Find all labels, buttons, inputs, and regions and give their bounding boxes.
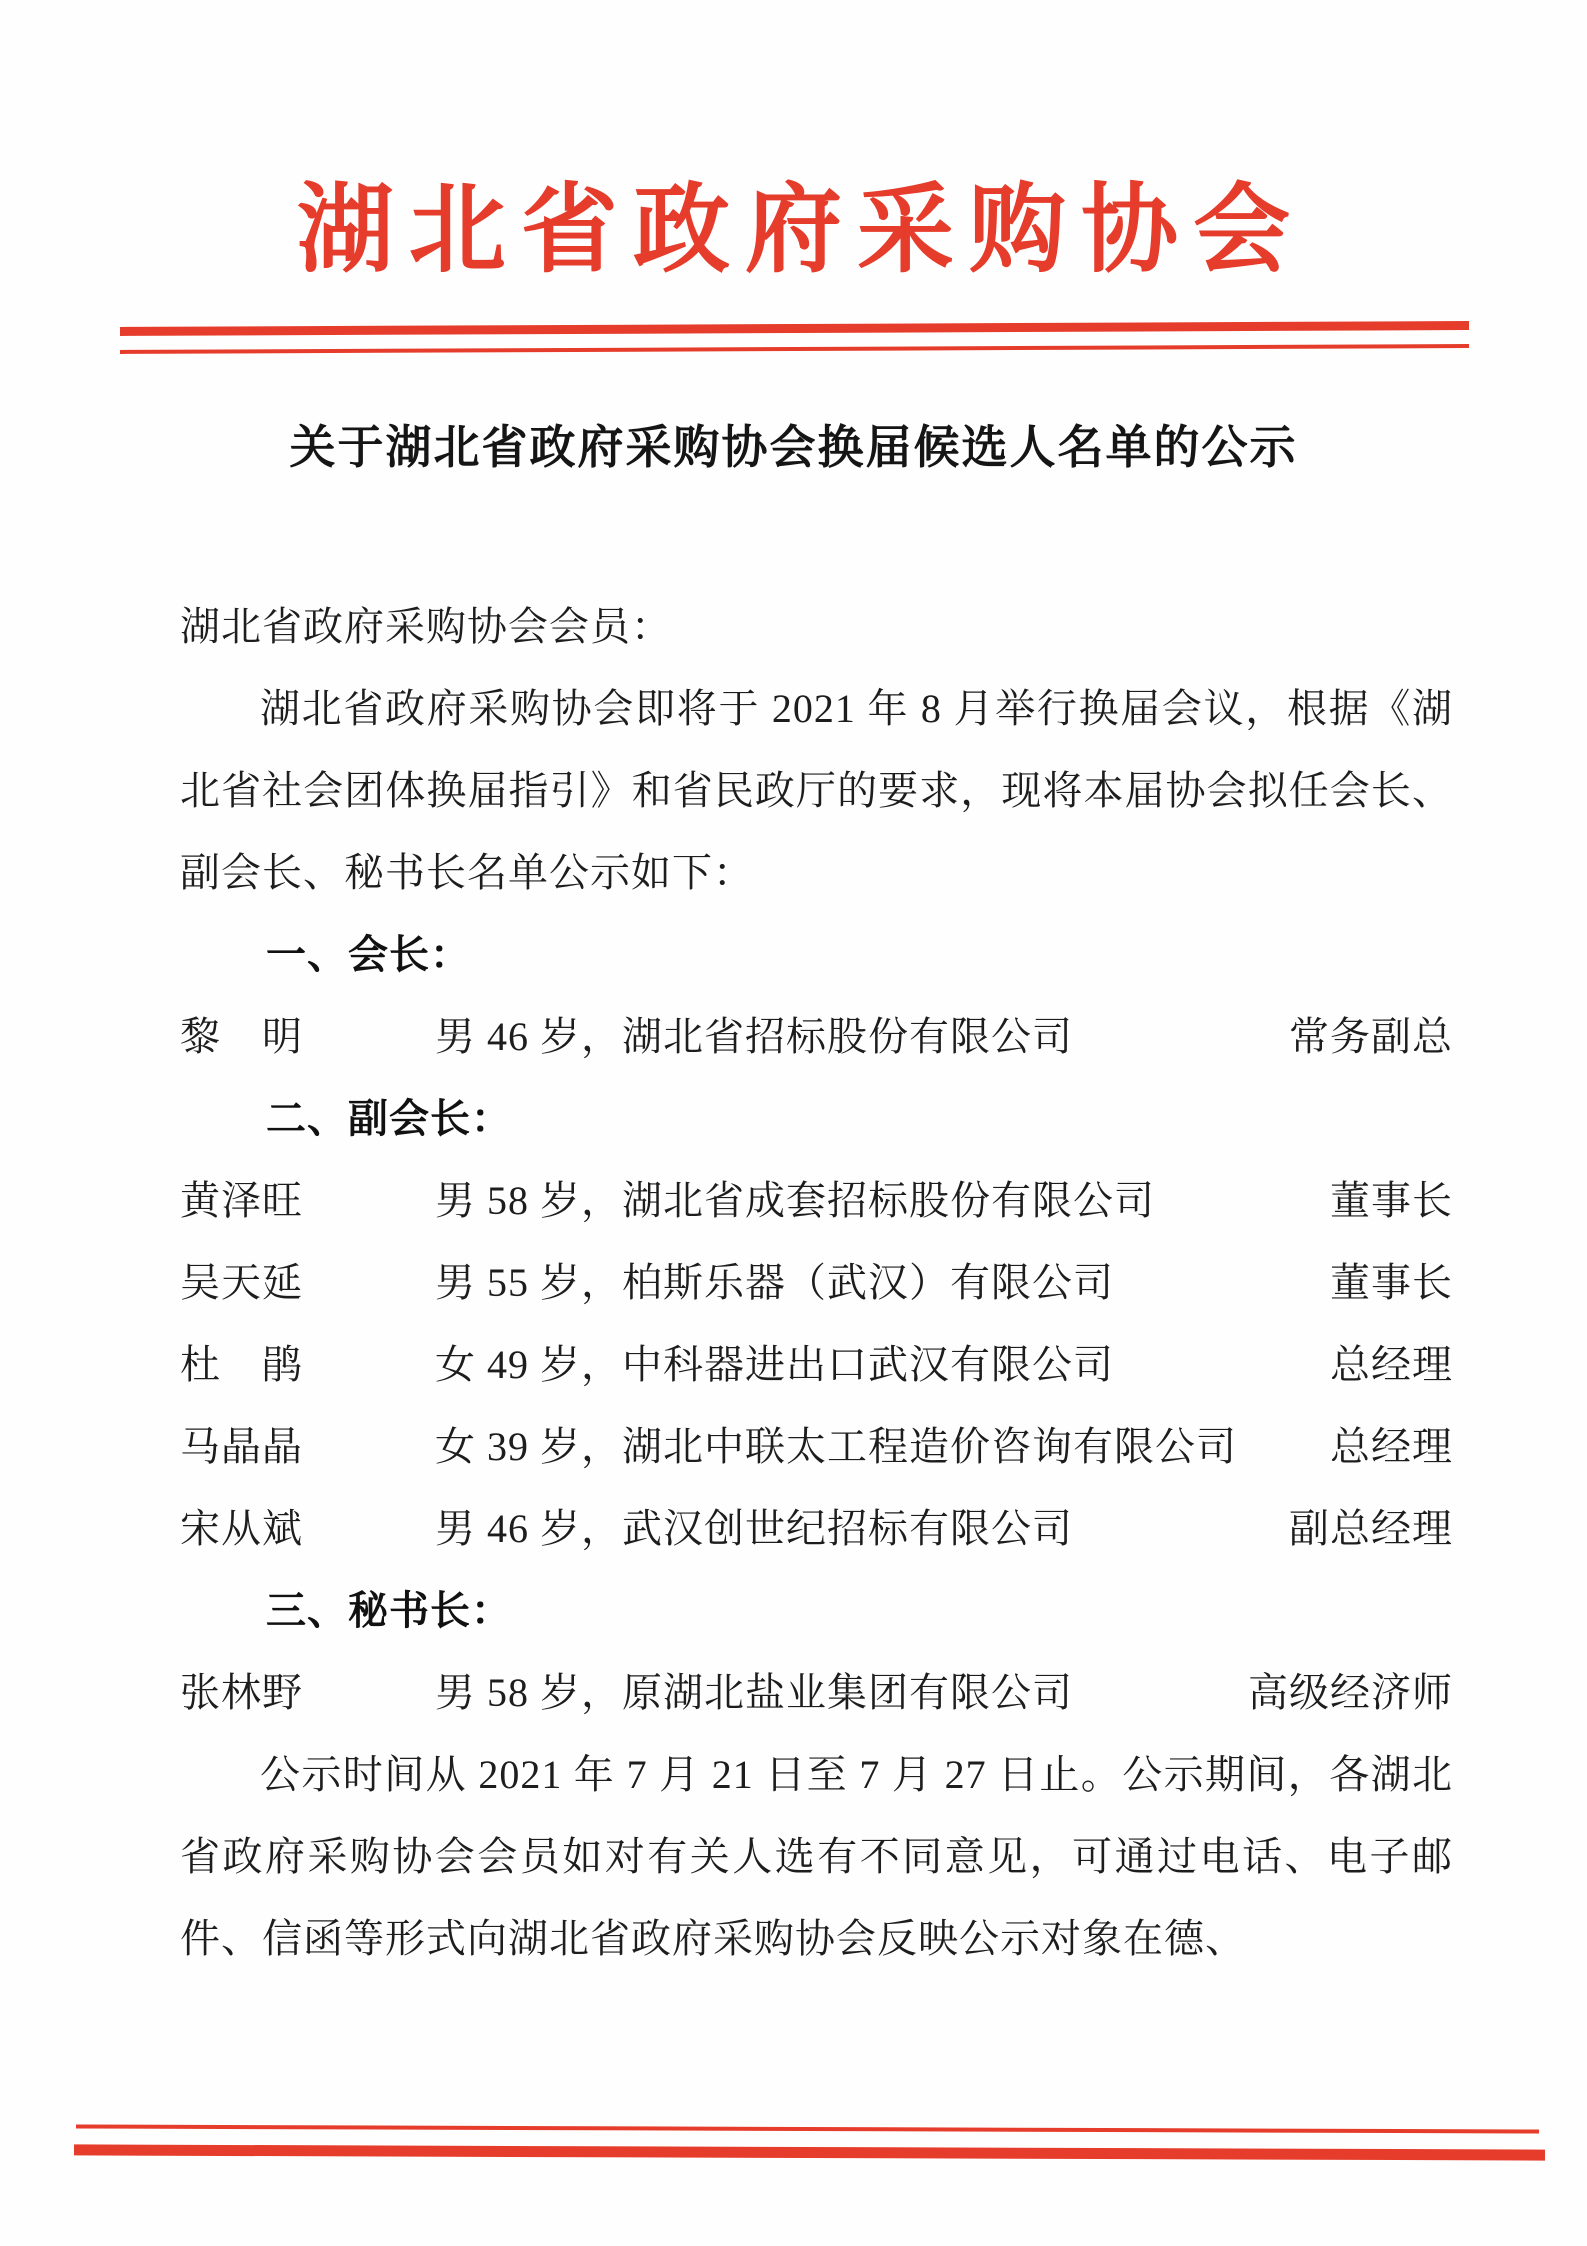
candidate-info: 男 55 岁，柏斯乐器（武汉）有限公司 [435,1242,1330,1324]
footer-rules [0,2127,1587,2158]
candidate-row: 黄泽旺 男 58 岁，湖北省成套招标股份有限公司 董事长 [180,1160,1453,1242]
footer-rule-thick [74,2144,1545,2160]
intro-paragraph: 湖北省政府采购协会即将于 2021 年 8 月举行换届会议，根据《湖北省社会团体… [180,668,1453,914]
doc-body: 湖北省政府采购协会会员： 湖北省政府采购协会即将于 2021 年 8 月举行换届… [0,586,1587,1980]
section-heading-chairman: 一、会长： [180,914,1453,996]
candidate-position: 董事长 [1330,1160,1453,1242]
candidate-position: 总经理 [1330,1406,1453,1488]
doc-title: 关于湖北省政府采购协会换届候选人名单的公示 [0,351,1587,482]
candidate-name: 宋从斌 [180,1488,435,1570]
section-heading-secretary-general: 三、秘书长： [180,1570,1453,1652]
candidate-row: 黎 明 男 46 岁，湖北省招标股份有限公司 常务副总 [180,996,1453,1078]
candidate-info: 男 58 岁，湖北省成套招标股份有限公司 [435,1160,1330,1242]
candidate-position: 高级经济师 [1248,1652,1453,1734]
candidate-info: 男 46 岁，武汉创世纪招标有限公司 [435,1488,1289,1570]
candidate-name: 杜 鹃 [180,1324,435,1406]
candidate-name: 黄泽旺 [180,1160,435,1242]
candidate-name: 黎 明 [180,996,435,1078]
candidate-row: 吴天延 男 55 岁，柏斯乐器（武汉）有限公司 董事长 [180,1242,1453,1324]
candidate-row: 杜 鹃 女 49 岁，中科器进出口武汉有限公司 总经理 [180,1324,1453,1406]
document-page: 湖北省政府采购协会 关于湖北省政府采购协会换届候选人名单的公示 湖北省政府采购协… [0,0,1587,2246]
candidate-info: 男 58 岁，原湖北盐业集团有限公司 [435,1652,1248,1734]
candidate-name: 马晶晶 [180,1406,435,1488]
section-heading-vice-chairmen: 二、副会长： [180,1078,1453,1160]
candidate-row: 宋从斌 男 46 岁，武汉创世纪招标有限公司 副总经理 [180,1488,1453,1570]
header-rule-thick [120,321,1469,336]
candidate-position: 董事长 [1330,1242,1453,1324]
candidate-info: 女 39 岁，湖北中联太工程造价咨询有限公司 [435,1406,1330,1488]
candidate-info: 男 46 岁，湖北省招标股份有限公司 [435,996,1289,1078]
candidate-row: 张林野 男 58 岁，原湖北盐业集团有限公司 高级经济师 [180,1652,1453,1734]
candidate-position: 副总经理 [1289,1488,1453,1570]
candidate-name: 张林野 [180,1652,435,1734]
candidate-row: 马晶晶 女 39 岁，湖北中联太工程造价咨询有限公司 总经理 [180,1406,1453,1488]
footer-rule-thin [76,2124,1539,2133]
candidate-info: 女 49 岁，中科器进出口武汉有限公司 [435,1324,1330,1406]
candidate-name: 吴天延 [180,1242,435,1324]
salutation: 湖北省政府采购协会会员： [180,586,1453,668]
candidate-position: 总经理 [1330,1324,1453,1406]
closing-paragraph: 公示时间从 2021 年 7 月 21 日至 7 月 27 日止。公示期间，各湖… [180,1734,1453,1980]
candidate-position: 常务副总 [1289,996,1453,1078]
org-title: 湖北省政府采购协会 [0,0,1587,294]
